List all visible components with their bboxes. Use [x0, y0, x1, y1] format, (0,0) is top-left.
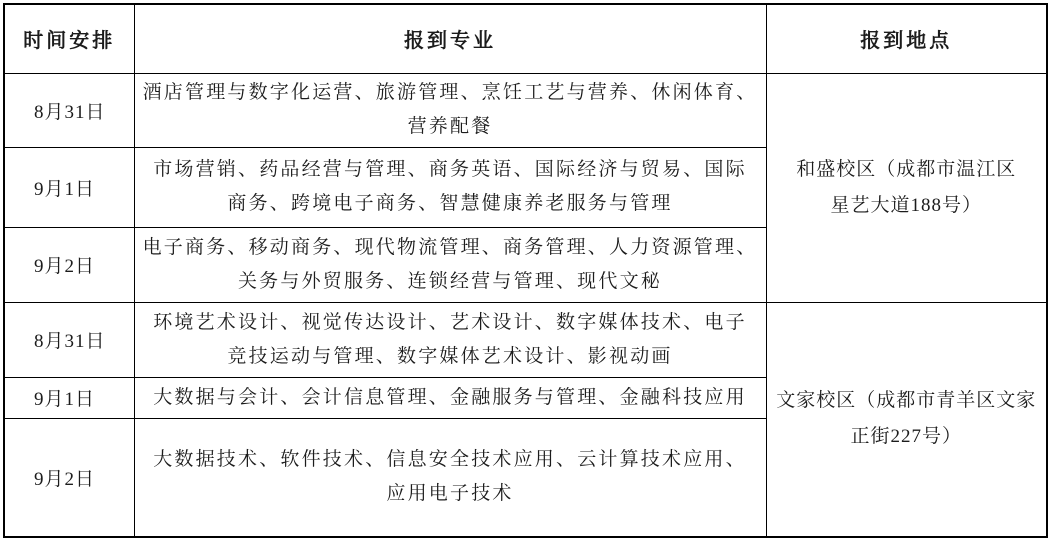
date-cell: 9月1日	[4, 377, 134, 418]
header-cell-time: 时间安排	[4, 4, 134, 73]
date-cell: 9月2日	[4, 418, 134, 537]
location-cell-wenjia: 文家校区（成都市青羊区文家 正街227号）	[766, 302, 1047, 537]
location-cell-hesheng: 和盛校区（成都市温江区 星艺大道188号）	[766, 73, 1047, 302]
header-cell-location: 报到地点	[766, 4, 1047, 73]
date-cell: 9月2日	[4, 227, 134, 302]
majors-cell: 环境艺术设计、视觉传达设计、艺术设计、数字媒体技术、电子 竞技运动与管理、数字媒…	[134, 302, 766, 377]
table-row: 8月31日 环境艺术设计、视觉传达设计、艺术设计、数字媒体技术、电子 竞技运动与…	[4, 302, 1047, 377]
majors-cell: 大数据技术、软件技术、信息安全技术应用、云计算技术应用、 应用电子技术	[134, 418, 766, 537]
majors-cell: 大数据与会计、会计信息管理、金融服务与管理、金融科技应用	[134, 377, 766, 418]
header-cell-majors: 报到专业	[134, 4, 766, 73]
majors-cell: 市场营销、药品经营与管理、商务英语、国际经济与贸易、国际 商务、跨境电子商务、智…	[134, 147, 766, 227]
majors-cell: 酒店管理与数字化运营、旅游管理、烹饪工艺与营养、休闲体育、 营养配餐	[134, 73, 766, 147]
registration-schedule-table: 时间安排 报到专业 报到地点 8月31日 酒店管理与数字化运营、旅游管理、烹饪工…	[3, 3, 1048, 538]
date-cell: 9月1日	[4, 147, 134, 227]
header-row: 时间安排 报到专业 报到地点	[4, 4, 1047, 73]
date-cell: 8月31日	[4, 73, 134, 147]
date-cell: 8月31日	[4, 302, 134, 377]
table-row: 8月31日 酒店管理与数字化运营、旅游管理、烹饪工艺与营养、休闲体育、 营养配餐…	[4, 73, 1047, 147]
majors-cell: 电子商务、移动商务、现代物流管理、商务管理、人力资源管理、 关务与外贸服务、连锁…	[134, 227, 766, 302]
